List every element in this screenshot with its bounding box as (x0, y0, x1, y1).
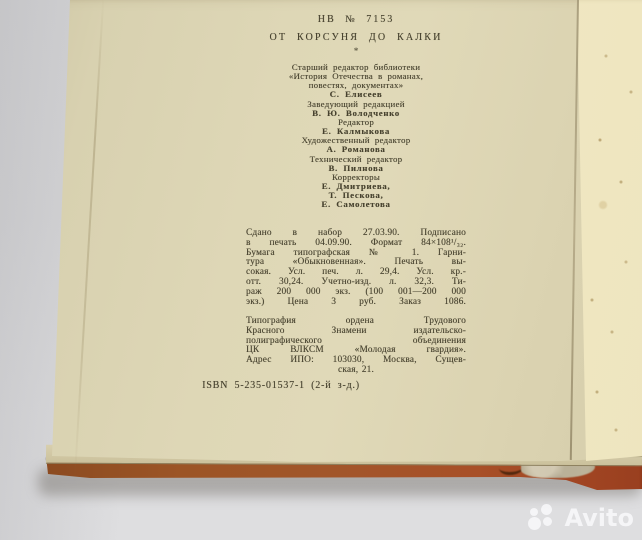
divider-asterisk: * (246, 46, 466, 56)
printer-paragraph: Типография ордена Трудового Красного Зна… (246, 317, 466, 376)
book-title: ОТ КОРСУНЯ ДО КАЛКИ (246, 32, 466, 43)
avito-circle-large (528, 517, 541, 530)
printer-line: ская, 21. (246, 366, 466, 376)
avito-watermark-text: Avito (564, 504, 634, 532)
imprint-line: экз.) Цена 3 руб. Заказ 1086. (246, 298, 466, 308)
avito-circle-medium (541, 504, 552, 515)
avito-circle-small (530, 508, 538, 516)
avito-circle-small2 (543, 517, 552, 526)
isbn-line: ISBN 5-235-01537-1 (2-й з-д.) (166, 380, 396, 391)
editorial-credits: Старший редактор библиотеки «История Оте… (246, 63, 466, 210)
avito-watermark: Avito (528, 504, 634, 532)
credit-line: Е. Самолетова (246, 200, 466, 209)
photo-canvas: НВ № 7153 ОТ КОРСУНЯ ДО КАЛКИ * Старший … (0, 0, 642, 540)
avito-logo-icon (528, 504, 559, 532)
imprint-paragraph: Сдано в набор 27.03.90. Подписано в печа… (246, 229, 466, 307)
edition-code: НВ № 7153 (246, 14, 466, 25)
